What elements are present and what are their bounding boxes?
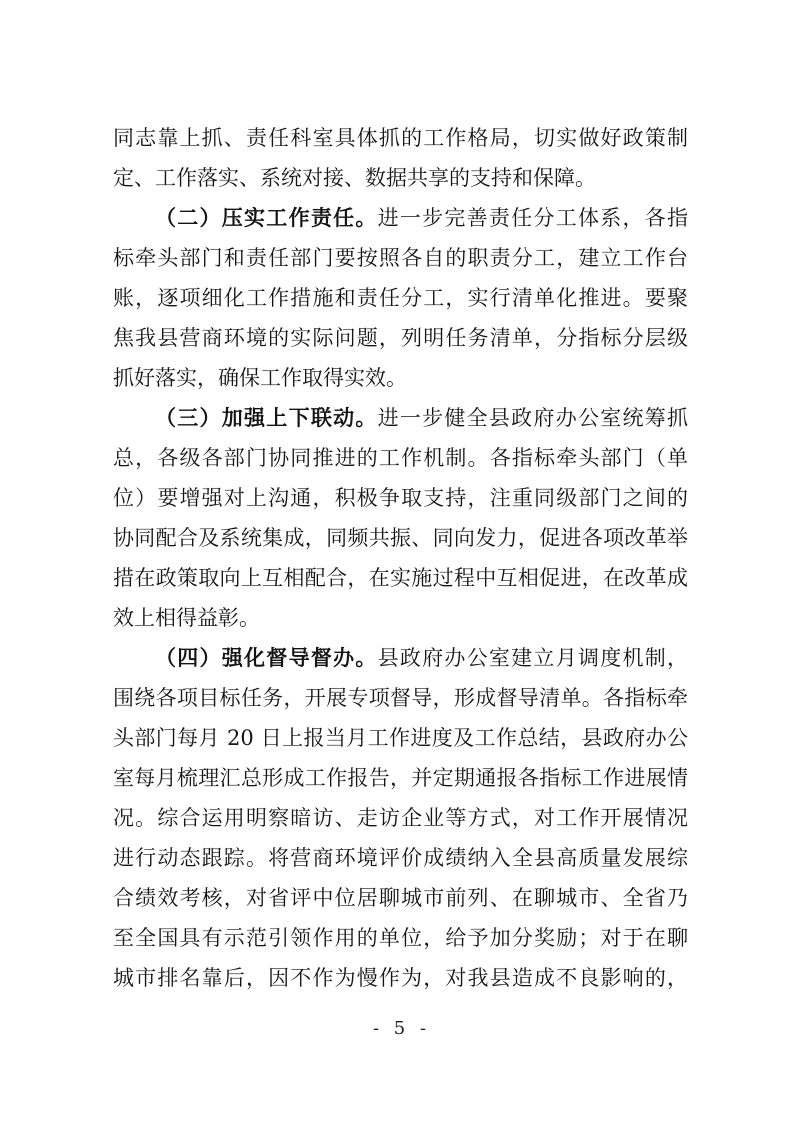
text-line: 城市排名靠后，因不作为慢作为，对我县造成不良影响的， — [113, 958, 688, 998]
section-heading-rest: 进一步健全县政府办公室统筹抓 — [378, 406, 688, 430]
section-heading: （二）压实工作责任。 — [155, 205, 378, 230]
text-line: 定、工作落实、系统对接、数据共享的支持和保障。 — [113, 158, 688, 198]
page-number: - 5 - — [0, 1016, 800, 1042]
text-line: 同志靠上抓、责任科室具体抓的工作格局，切实做好政策制 — [113, 118, 688, 158]
section-heading: （四）强化督导督办。 — [155, 645, 378, 670]
text-line: 况。综合运用明察暗访、走访企业等方式，对工作开展情况 — [113, 798, 688, 838]
section-heading: （三）加强上下联动。 — [155, 405, 378, 430]
text-line: 标牵头部门和责任部门要按照各自的职责分工，建立工作台 — [113, 238, 688, 278]
section-heading-line: （四）强化督导督办。县政府办公室建立月调度机制， — [113, 638, 688, 678]
text-line: 进行动态跟踪。将营商环境评价成绩纳入全县高质量发展综 — [113, 838, 688, 878]
document-body: 同志靠上抓、责任科室具体抓的工作格局，切实做好政策制 定、工作落实、系统对接、数… — [113, 118, 688, 998]
text-line: 合绩效考核，对省评中位居聊城市前列、在聊城市、全省乃 — [113, 878, 688, 918]
text-line: 围绕各项目标任务，开展专项督导，形成督导清单。各指标牵 — [113, 678, 688, 718]
document-page: 同志靠上抓、责任科室具体抓的工作格局，切实做好政策制 定、工作落实、系统对接、数… — [0, 0, 800, 1132]
section-heading-rest: 县政府办公室建立月调度机制， — [378, 646, 688, 670]
text-line: 头部门每月 20 日上报当月工作进度及工作总结，县政府办公 — [113, 718, 688, 758]
text-line: 至全国具有示范引领作用的单位，给予加分奖励；对于在聊 — [113, 918, 688, 958]
text-line: 抓好落实，确保工作取得实效。 — [113, 358, 688, 398]
text-line: 位）要增强对上沟通，积极争取支持，注重同级部门之间的 — [113, 478, 688, 518]
text-line: 措在政策取向上互相配合，在实施过程中互相促进，在改革成 — [113, 558, 688, 598]
text-line: 总，各级各部门协同推进的工作机制。各指标牵头部门（单 — [113, 438, 688, 478]
section-heading-line: （三）加强上下联动。进一步健全县政府办公室统筹抓 — [113, 398, 688, 438]
section-heading-line: （二）压实工作责任。进一步完善责任分工体系，各指 — [113, 198, 688, 238]
section-heading-rest: 进一步完善责任分工体系，各指 — [378, 206, 688, 230]
text-line: 室每月梳理汇总形成工作报告，并定期通报各指标工作进展情 — [113, 758, 688, 798]
text-line: 账，逐项细化工作措施和责任分工，实行清单化推进。要聚 — [113, 278, 688, 318]
text-line: 效上相得益彰。 — [113, 598, 688, 638]
text-line: 焦我县营商环境的实际问题，列明任务清单，分指标分层级 — [113, 318, 688, 358]
text-line: 协同配合及系统集成，同频共振、同向发力，促进各项改革举 — [113, 518, 688, 558]
